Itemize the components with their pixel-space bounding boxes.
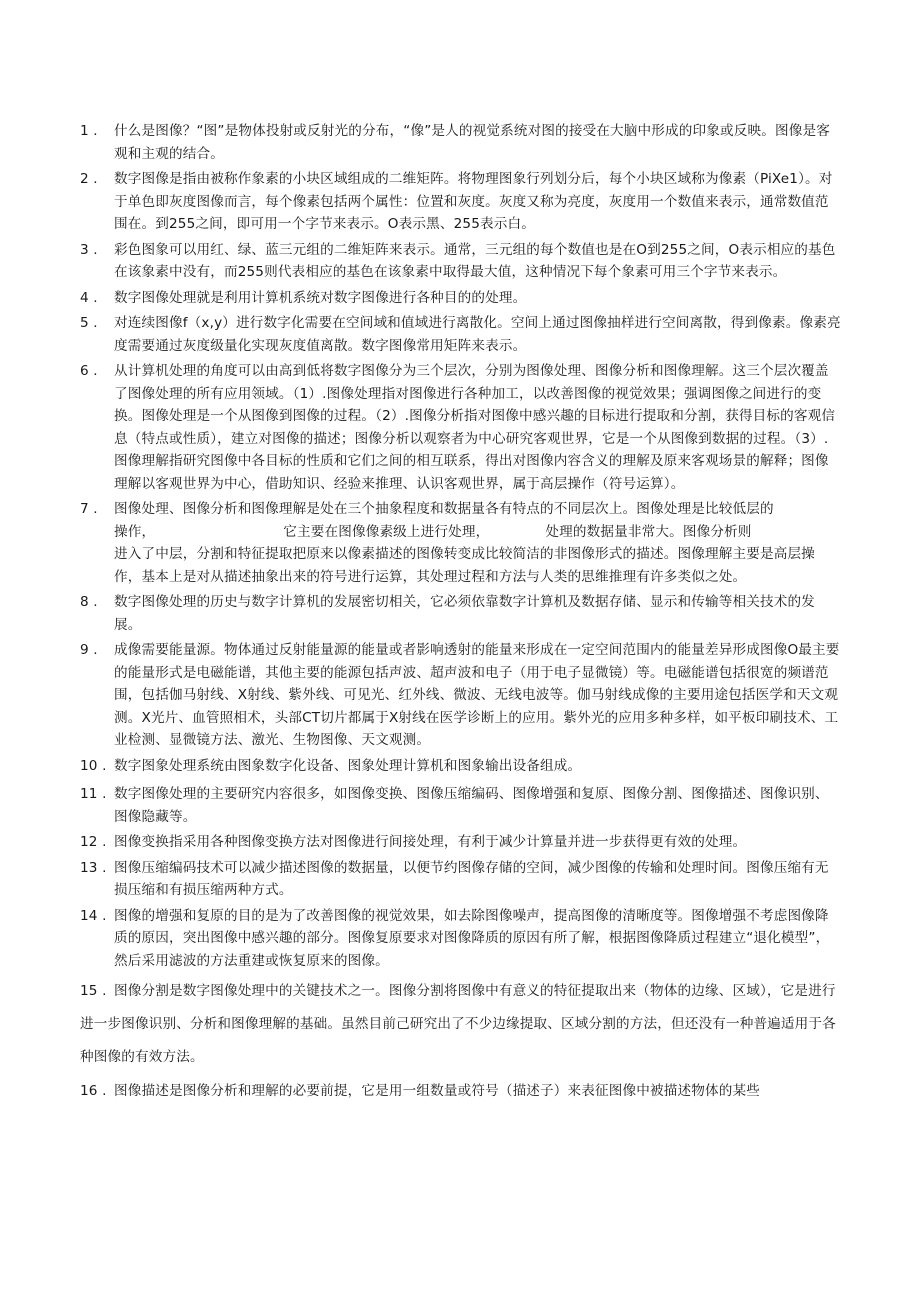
list-item-3: 3 .彩色图象可以用红、绿、蓝三元组的二维矩阵来表示。通常，三元组的每个数值也是… [80, 239, 842, 284]
item-text-rest: 进入了中层，分割和特征提取把原来以像素描述的图像转变成比较简洁的非图像形式的描述… [80, 543, 842, 588]
item-text: 成像需要能量源。物体通过反射能量源的能量或者影响透射的能量来形成在一定空间范围内… [114, 642, 840, 748]
item-number: 2 . [80, 168, 114, 191]
item-number: 14 . [80, 905, 114, 928]
list-item-8: 8 .数字图像处理的历史与数字计算机的发展密切相关，它必须依靠数字计算机及数据存… [80, 591, 842, 636]
list-item-1: 1 .什么是图像？“图”是物体投射或反射光的分布，“像”是人的视觉系统对图的接受… [80, 120, 842, 165]
item-number: 5 . [80, 312, 114, 335]
item-number: 3 . [80, 239, 114, 262]
item-number: 7 . [80, 498, 114, 521]
item-number: 4 . [80, 287, 114, 310]
item-number: 8 . [80, 591, 114, 614]
line2-part-b: 它主要在图像像素级上进行处理， [283, 524, 489, 540]
list-item-16: 16 .图像描述是图像分析和理解的必要前提，它是用一组数量或符号（描述子）来表征… [80, 1080, 842, 1103]
line2-part-c: 处理的数据量非常大。图像分析则 [545, 524, 751, 540]
item-text: 数字图像处理的主要研究内容很多，如图像变换、图像压缩编码、图像增强和复原、图像分… [114, 786, 829, 825]
item-number: 10 . [80, 755, 114, 778]
item-number: 12 . [80, 831, 114, 854]
item-text: 图像的增强和复原的目的是为了改善图像的视觉效果，如去除图像噪声，提高图像的清晰度… [114, 908, 829, 969]
item-number: 13 . [80, 857, 114, 880]
list-item-6: 6 .从计算机处理的角度可以由高到低将数字图像分为三个层次，分别为图像处理、图像… [80, 360, 842, 495]
item-text-line1: 图像处理、图像分析和图像理解是处在三个抽象程度和数据量各有特点的不同层次上。图像… [114, 501, 774, 517]
item-number: 6 . [80, 360, 114, 383]
line2-part-a: 操作， [114, 524, 155, 540]
item-number: 16 . [80, 1080, 114, 1103]
list-item-4: 4 .数字图像处理就是利用计算机系统对数字图像进行各种目的的处理。 [80, 287, 842, 310]
item-number: 15 . [80, 975, 114, 1008]
list-item-11: 11 .数字图像处理的主要研究内容很多，如图像变换、图像压缩编码、图像增强和复原… [80, 783, 842, 828]
list-item-14: 14 .图像的增强和复原的目的是为了改善图像的视觉效果，如去除图像噪声，提高图像… [80, 905, 842, 973]
list-item-9: 9 .成像需要能量源。物体通过反射能量源的能量或者影响透射的能量来形成在一定空间… [80, 639, 842, 752]
item-text: 图像分割是数字图像处理中的关键技术之一。图像分割将图像中有意义的特征提取出来（物… [80, 983, 836, 1065]
list-item-15: 15 .图像分割是数字图像处理中的关键技术之一。图像分割将图像中有意义的特征提取… [80, 975, 842, 1074]
document-page: 1 .什么是图像？“图”是物体投射或反射光的分布，“像”是人的视觉系统对图的接受… [80, 120, 842, 1106]
item-text: 图像压缩编码技术可以减少描述图像的数据量，以便节约图像存储的空间，减少图像的传输… [114, 860, 829, 899]
list-item-10: 10 .数字图象处理系统由图象数字化设备、图象处理计算机和图象输出设备组成。 [80, 755, 842, 778]
list-item-13: 13 .图像压缩编码技术可以减少描述图像的数据量，以便节约图像存储的空间，减少图… [80, 857, 842, 902]
item-text: 数字图像处理的历史与数字计算机的发展密切相关，它必须依靠数字计算机及数据存储、显… [114, 594, 815, 633]
list-item-2: 2 .数字图像是指由被称作象素的小块区域组成的二维矩阵。将物理图象行列划分后，每… [80, 168, 842, 236]
list-item-12: 12 .图像变换指采用各种图像变换方法对图像进行间接处理，有利于减少计算量并进一… [80, 831, 842, 854]
list-item-5: 5 .对连续图像f（x,y）进行数字化需要在空间域和值域进行离散化。空间上通过图… [80, 312, 842, 357]
item-text: 彩色图象可以用红、绿、蓝三元组的二维矩阵来表示。通常，三元组的每个数值也是在O到… [114, 242, 836, 281]
item-text-line2: 操作，它主要在图像像素级上进行处理，处理的数据量非常大。图像分析则 [80, 521, 842, 544]
item-text: 数字图像是指由被称作象素的小块区域组成的二维矩阵。将物理图象行列划分后，每个小块… [114, 171, 833, 232]
item-text: 图像描述是图像分析和理解的必要前提，它是用一组数量或符号（描述子）来表征图像中被… [114, 1083, 760, 1099]
item-text: 数字图像处理就是利用计算机系统对数字图像进行各种目的的处理。 [114, 290, 526, 306]
item-text: 从计算机处理的角度可以由高到低将数字图像分为三个层次，分别为图像处理、图像分析和… [114, 363, 835, 492]
item-number: 9 . [80, 639, 114, 662]
item-text: 图像变换指采用各种图像变换方法对图像进行间接处理，有利于减少计算量并进一步获得更… [114, 834, 746, 850]
item-number: 11 . [80, 783, 114, 806]
item-text: 什么是图像？“图”是物体投射或反射光的分布，“像”是人的视觉系统对图的接受在大脑… [114, 123, 830, 162]
item-number: 1 . [80, 120, 114, 143]
list-item-7: 7 .图像处理、图像分析和图像理解是处在三个抽象程度和数据量各有特点的不同层次上… [80, 498, 842, 588]
item-text: 对连续图像f（x,y）进行数字化需要在空间域和值域进行离散化。空间上通过图像抽样… [114, 315, 841, 354]
item-text: 数字图象处理系统由图象数字化设备、图象处理计算机和图象输出设备组成。 [114, 758, 581, 774]
